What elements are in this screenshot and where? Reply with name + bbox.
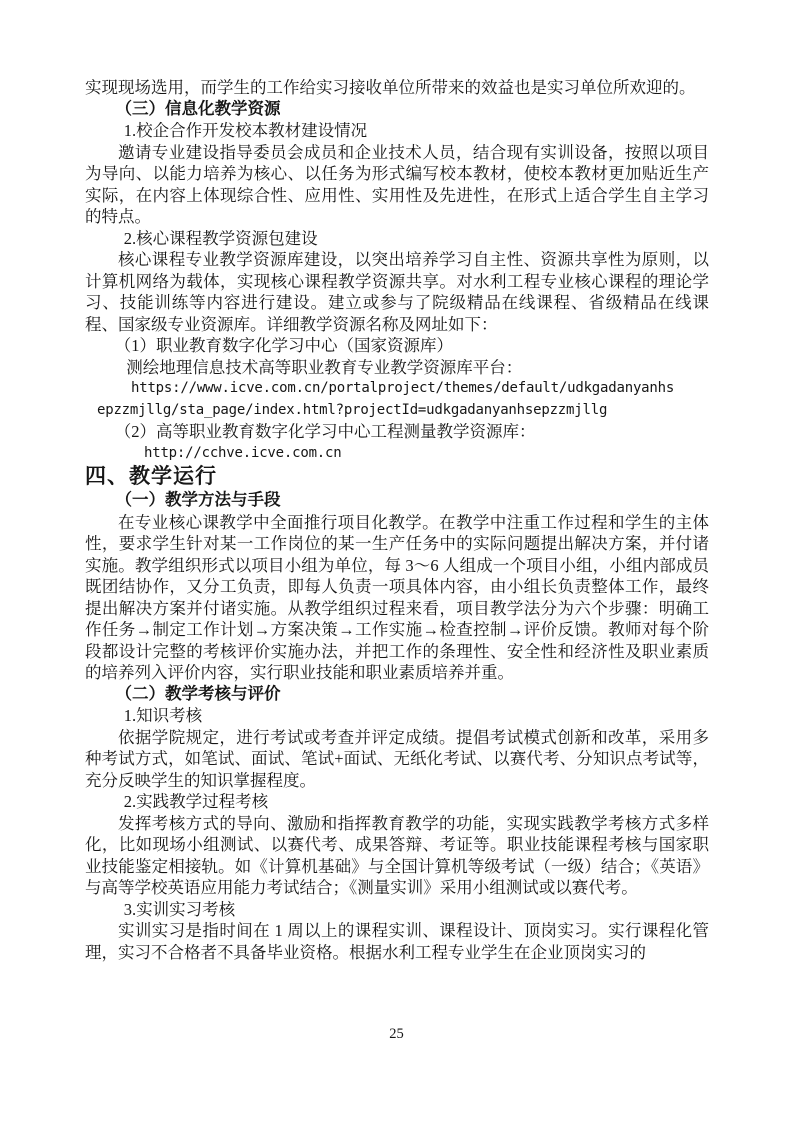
platform-label: 测绘地理信息技术高等职业教育专业教学资源库平台： bbox=[85, 357, 709, 379]
numbered-subheading-1: 1.校企合作开发校本教材建设情况 bbox=[85, 120, 709, 142]
url-line: epzzmjllg/sta_page/index.html?projectId=… bbox=[85, 400, 709, 422]
section-heading-3: （三）信息化教学资源 bbox=[85, 99, 709, 121]
paragraph: 邀请专业建设指导委员会成员和企业技术人员，结合现有实训设备，按照以项目为导向、以… bbox=[85, 142, 709, 228]
numbered-subheading-1: 1.知识考核 bbox=[85, 705, 709, 727]
section-heading-1: （一）教学方法与手段 bbox=[85, 490, 709, 512]
paragraph-continuation: 实现现场选用，而学生的工作给实习接收单位所带来的效益也是实习单位所欢迎的。 bbox=[85, 77, 709, 99]
chapter-heading: 四、教学运行 bbox=[85, 464, 709, 490]
resource-item-2: （2）高等职业教育数字化学习中心工程测量教学资源库： bbox=[85, 421, 709, 443]
resource-item-1: （1）职业教育数字化学习中心（国家资源库） bbox=[85, 335, 709, 357]
numbered-subheading-2: 2.核心课程教学资源包建设 bbox=[85, 228, 709, 250]
section-heading-2: （二）教学考核与评价 bbox=[85, 684, 709, 706]
paragraph: 在专业核心课教学中全面推行项目化教学。在教学中注重工作过程和学生的主体性，要求学… bbox=[85, 512, 709, 684]
numbered-subheading-2: 2.实践教学过程考核 bbox=[85, 791, 709, 813]
url-line: http://cchve.icve.com.cn bbox=[85, 443, 709, 465]
paragraph: 核心课程专业教学资源库建设，以突出培养学习自主性、资源共享性为原则，以计算机网络… bbox=[85, 249, 709, 335]
paragraph: 依据学院规定，进行考试或考查并评定成绩。提倡考试模式创新和改革，采用多种考试方式… bbox=[85, 727, 709, 792]
paragraph: 发挥考核方式的导向、激励和指挥教育教学的功能，实现实践教学考核方式多样化，比如现… bbox=[85, 813, 709, 899]
paragraph: 实训实习是指时间在 1 周以上的课程实训、课程设计、顶岗实习。实行课程化管理，实… bbox=[85, 920, 709, 963]
numbered-subheading-3: 3.实训实习考核 bbox=[85, 899, 709, 921]
document-page: 实现现场选用，而学生的工作给实习接收单位所带来的效益也是实习单位所欢迎的。 （三… bbox=[0, 0, 793, 1122]
page-number: 25 bbox=[0, 1024, 793, 1046]
url-line: https://www.icve.com.cn/portalproject/th… bbox=[85, 378, 709, 400]
